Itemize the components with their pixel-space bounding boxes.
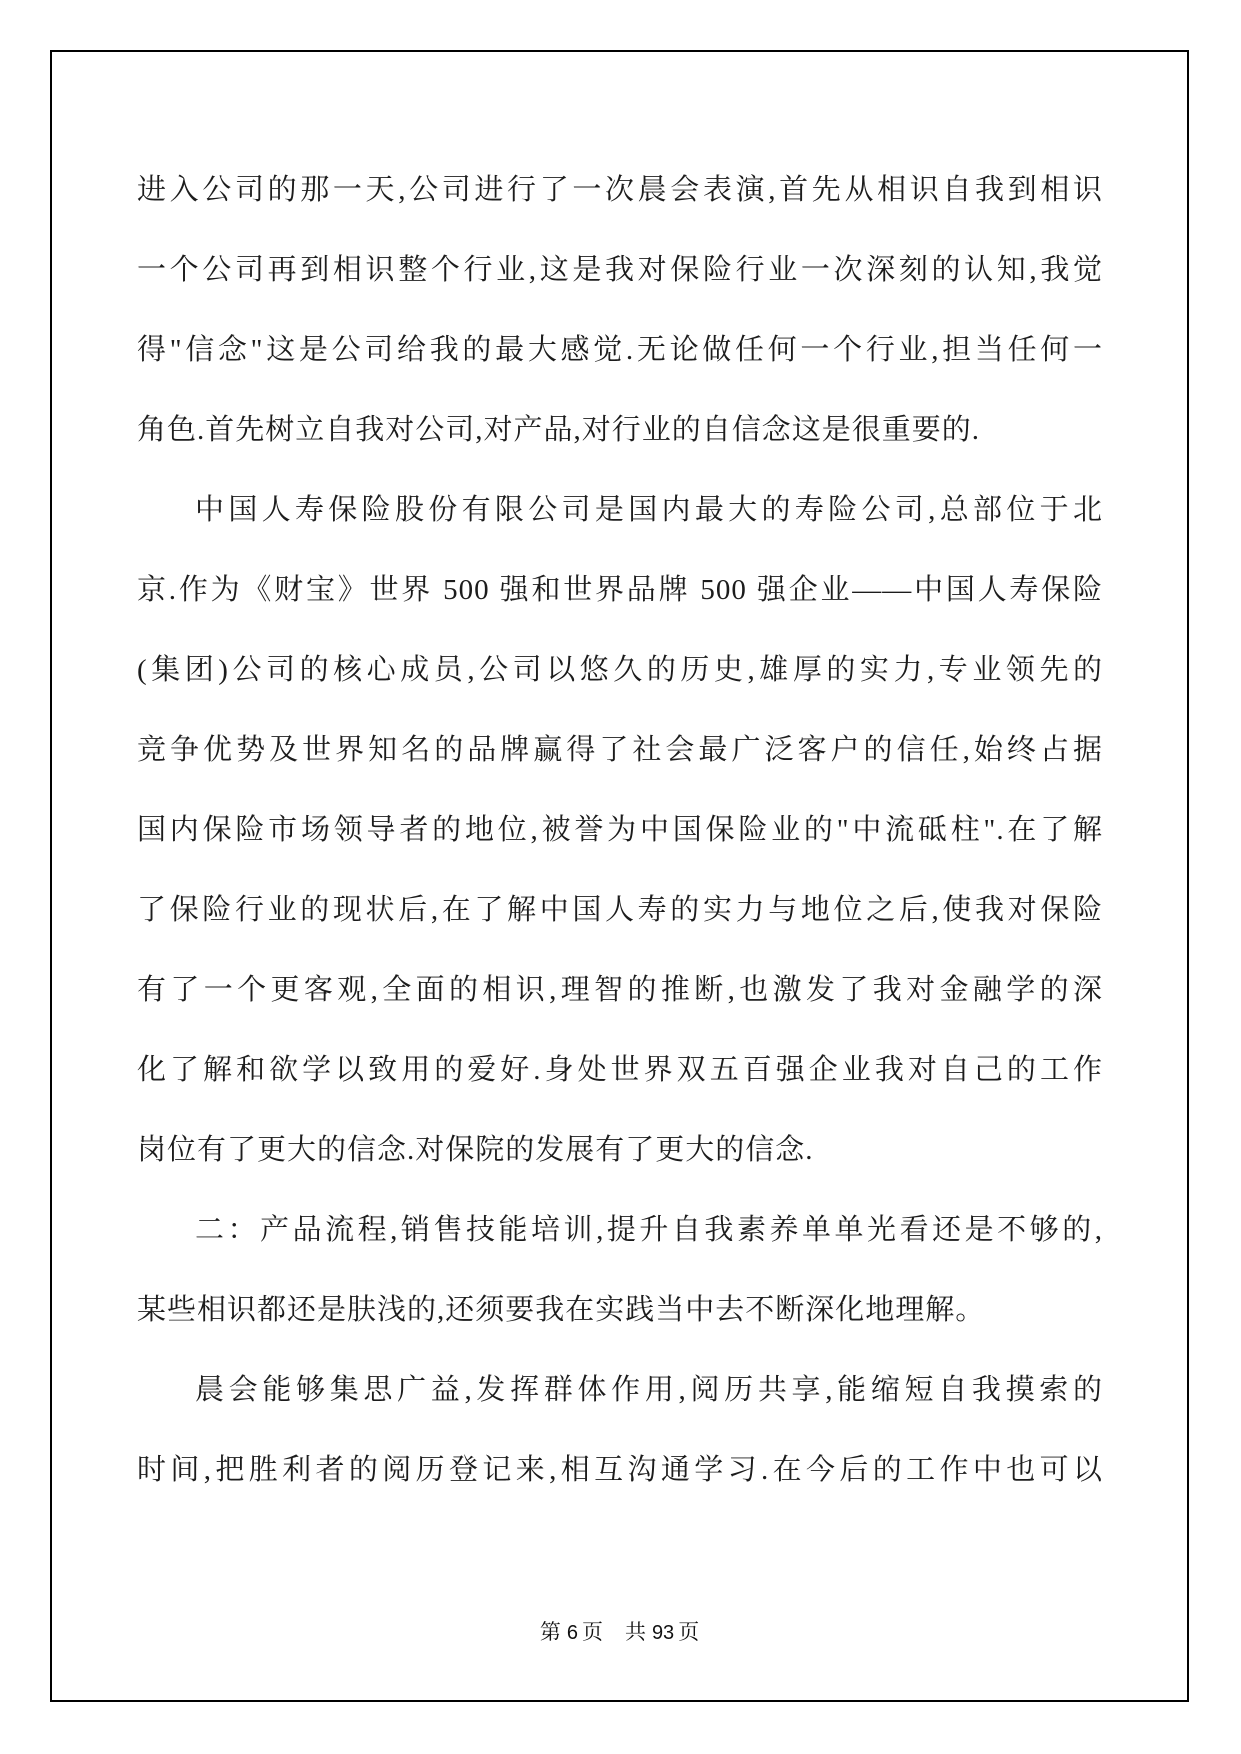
text-line: 一个公司再到相识整个行业,这是我对保险行业一次深刻的认知,我觉 <box>137 230 1103 310</box>
text-line: 进入公司的那一天,公司进行了一次晨会表演,首先从相识自我到相识 <box>137 150 1103 230</box>
text-line: 有了一个更客观,全面的相识,理智的推断,也激发了我对金融学的深 <box>137 950 1103 1030</box>
text-line: (集团)公司的核心成员,公司以悠久的历史,雄厚的实力,专业领先的 <box>137 630 1103 710</box>
page-number-label: 第 <box>540 1620 563 1644</box>
text-line: 时间,把胜利者的阅历登记来,相互沟通学习.在今后的工作中也可以 <box>137 1430 1103 1510</box>
page-number-suffix: 页 <box>582 1620 605 1644</box>
text-line: 某些相识都还是肤浅的,还须要我在实践当中去不断深化地理解。 <box>137 1270 1103 1350</box>
text-line: 国内保险市场领导者的地位,被誉为中国保险业的"中流砥柱".在了解 <box>137 790 1103 870</box>
document-page: 进入公司的那一天,公司进行了一次晨会表演,首先从相识自我到相识 一个公司再到相识… <box>0 0 1241 1754</box>
text-line: 了保险行业的现状后,在了解中国人寿的实力与地位之后,使我对保险 <box>137 870 1103 950</box>
text-line: 竞争优势及世界知名的品牌赢得了社会最广泛客户的信任,始终占据 <box>137 710 1103 790</box>
page-footer: 第6页共93页 <box>0 1616 1241 1646</box>
text-line: 中国人寿保险股份有限公司是国内最大的寿险公司,总部位于北 <box>137 470 1103 550</box>
text-line: 化了解和欲学以致用的爱好.身处世界双五百强企业我对自己的工作 <box>137 1030 1103 1110</box>
document-body: 进入公司的那一天,公司进行了一次晨会表演,首先从相识自我到相识 一个公司再到相识… <box>137 150 1103 1510</box>
page-number: 6 <box>563 1622 582 1644</box>
text-line: 京.作为《财宝》世界 500 强和世界品牌 500 强企业——中国人寿保险 <box>137 550 1103 630</box>
total-pages-suffix: 页 <box>678 1620 701 1644</box>
text-line: 二：产品流程,销售技能培训,提升自我素养单单光看还是不够的, <box>137 1190 1103 1270</box>
text-line: 晨会能够集思广益,发挥群体作用,阅历共享,能缩短自我摸索的 <box>137 1350 1103 1430</box>
total-pages-label: 共 <box>625 1620 648 1644</box>
total-pages-number: 93 <box>648 1622 678 1644</box>
text-line: 得"信念"这是公司给我的最大感觉.无论做任何一个行业,担当任何一 <box>137 310 1103 390</box>
text-line: 角色.首先树立自我对公司,对产品,对行业的自信念这是很重要的. <box>137 390 1103 470</box>
text-line: 岗位有了更大的信念.对保院的发展有了更大的信念. <box>137 1110 1103 1190</box>
